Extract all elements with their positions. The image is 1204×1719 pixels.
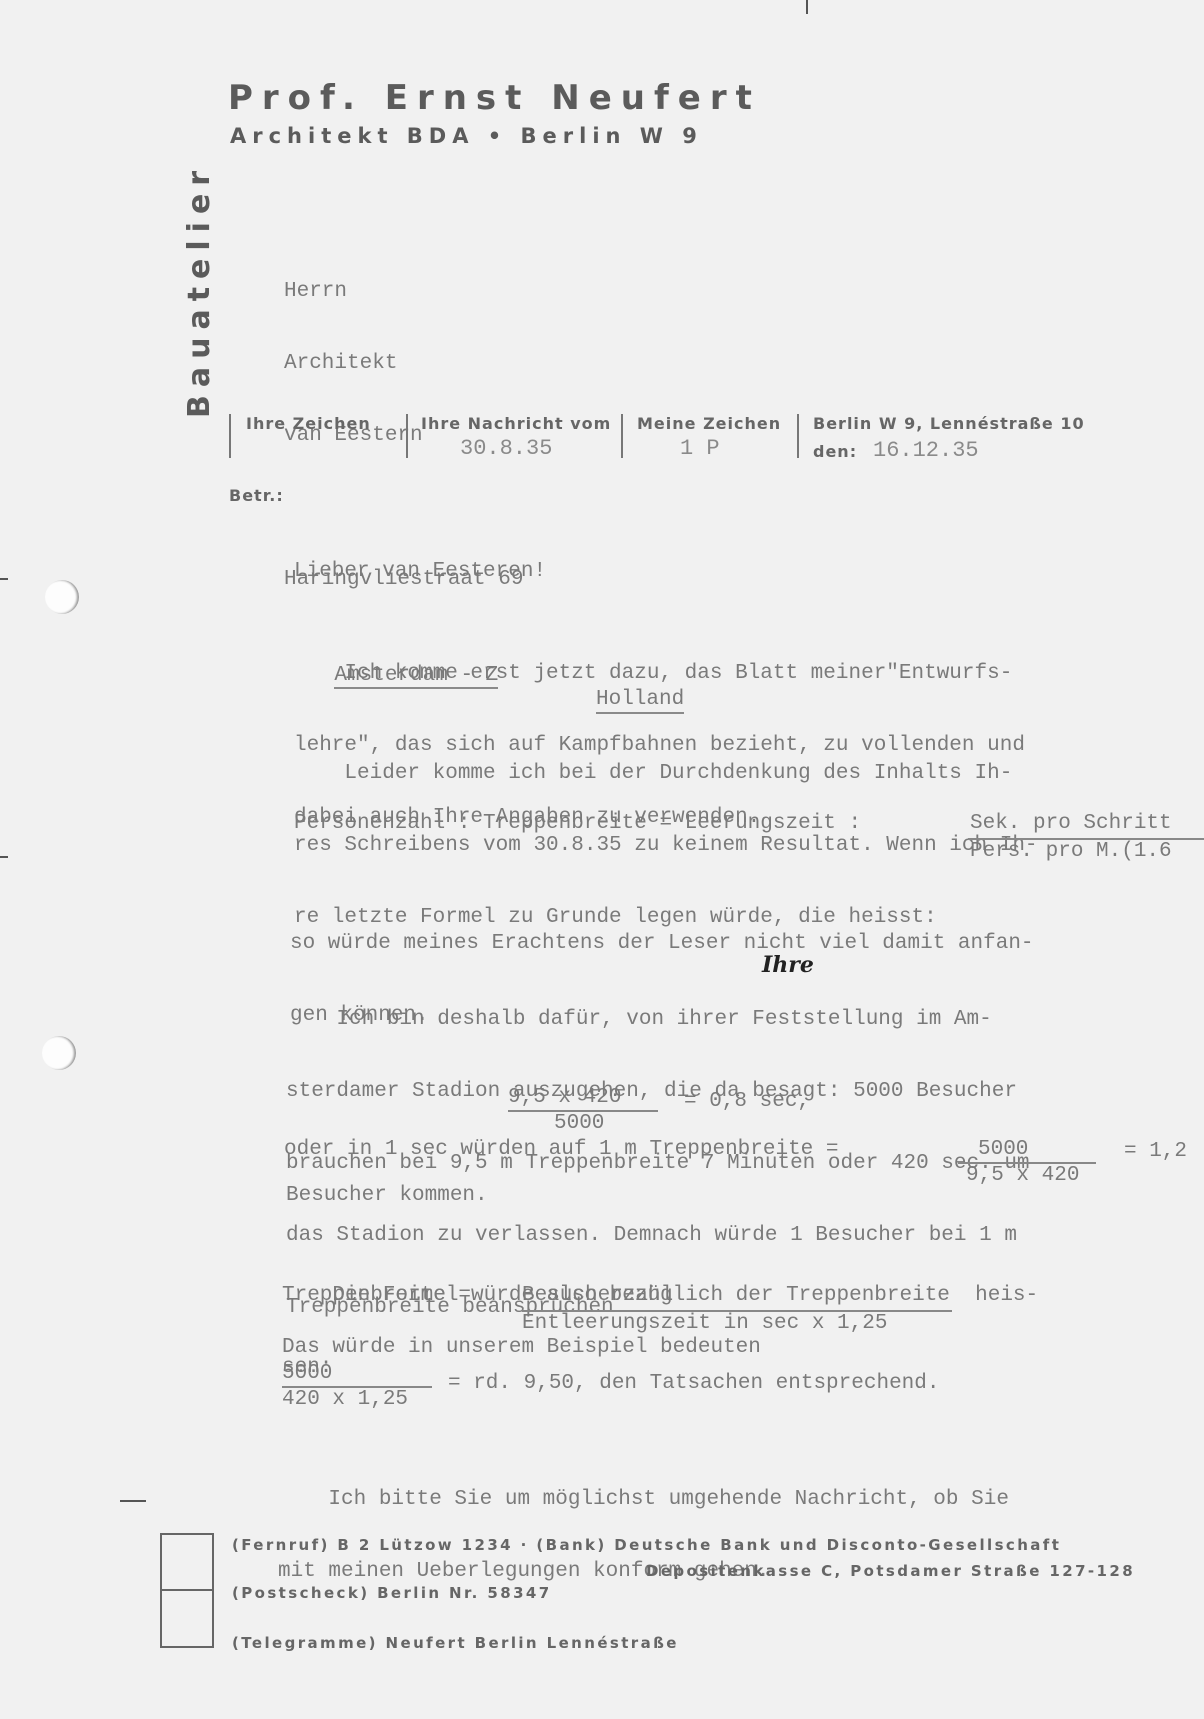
calc-2-text: oder in 1 sec würden auf 1 m Treppenbrei…	[284, 1138, 839, 1162]
handwritten-correction: Ihre	[762, 952, 814, 978]
place-address: Berlin W 9, Lennéstraße 10	[813, 414, 1085, 433]
text-line: so würde meines Erachtens der Leser nich…	[290, 932, 1034, 956]
example-line: Das würde in unserem Beispiel bedeuten	[282, 1336, 761, 1360]
letterhead-subtitle: Architekt BDA • Berlin W 9	[230, 124, 703, 148]
formula-2-numerator: Besucherzahl	[522, 1284, 673, 1308]
calc-2-result: = 1,2	[1124, 1140, 1187, 1164]
text-line: Leider komme ich bei der Durchdenkung de…	[294, 762, 1038, 786]
vertical-label-bauatelier: Bauatelier	[182, 163, 217, 418]
footer-postscheck: (Postscheck) Berlin Nr. 58347	[232, 1584, 552, 1602]
calc-3-denominator: 420 x 1,25	[282, 1388, 408, 1412]
text-line: Ich bitte Sie um möglichst umgehende Nac…	[278, 1488, 1009, 1512]
punch-hole	[45, 580, 79, 614]
footer-phone-bank: (Fernruf) B 2 Lützow 1234 · (Bank) Deuts…	[232, 1536, 1061, 1554]
calc-3-result: = rd. 9,50, den Tatsachen entsprechend.	[448, 1372, 939, 1396]
calc-2-denominator: 9,5 x 420	[966, 1164, 1079, 1188]
footer-telegramme: (Telegramme) Neufert Berlin Lennéstraße	[232, 1634, 679, 1652]
punch-hole	[42, 1036, 76, 1070]
meine-zeichen-value: 1 P	[680, 436, 720, 461]
text-line: res Schreibens vom 30.8.35 zu keinem Res…	[294, 834, 1038, 858]
calc-3-numerator: 5000	[282, 1362, 332, 1386]
salutation: Lieber van Eesteren!	[294, 560, 546, 584]
formula-1-denominator: Pers. pro M.(1.6	[970, 840, 1172, 864]
paragraph: Ich bitte Sie um möglichst umgehende Nac…	[278, 1440, 1009, 1608]
meine-zeichen-label: Meine Zeichen	[637, 414, 781, 433]
calc-1-denominator: 5000	[554, 1112, 604, 1136]
calc-2-numerator: 5000	[978, 1138, 1028, 1162]
text-line: Ich komme erst jetzt dazu, das Blatt mei…	[294, 662, 1025, 686]
calc-1-numerator: 9,5 x 420	[508, 1086, 621, 1110]
margin-mark	[0, 578, 8, 580]
calc-2-tail: Besucher kommen.	[286, 1184, 488, 1208]
subject-label: Betr.:	[229, 486, 284, 505]
top-edge-mark	[806, 0, 808, 14]
date-value: 16.12.35	[873, 438, 979, 463]
footer-box	[160, 1589, 214, 1648]
divider	[406, 414, 408, 458]
letterhead-name: Prof. Ernst Neufert	[228, 78, 761, 118]
divider	[229, 414, 231, 458]
footer-bank-address: Depositenkasse C, Potsdamer Straße 127-1…	[646, 1562, 1135, 1580]
ihre-nachricht-label: Ihre Nachricht vom	[421, 414, 611, 433]
fold-mark	[120, 1500, 146, 1502]
ihre-nachricht-value: 30.8.35	[460, 436, 552, 461]
formula-1-left: Personenzahl : Treppenbreite = Leerungsz…	[294, 812, 861, 836]
text-line: sterdamer Stadion auszugehen, die da bes…	[286, 1080, 1030, 1104]
formula-2-denominator: Entleerungszeit in sec x 1,25	[522, 1312, 887, 1336]
ihre-zeichen-label: Ihre Zeichen	[246, 414, 371, 433]
divider	[621, 414, 623, 458]
date-label: den:	[813, 442, 857, 461]
formula-1-numerator: Sek. pro Schritt	[970, 812, 1172, 836]
divider	[797, 414, 799, 458]
recipient-line: Architekt	[284, 352, 523, 376]
formula-2-left: Treppenbreite =	[282, 1284, 471, 1308]
recipient-line: Herrn	[284, 280, 523, 304]
footer-box	[160, 1533, 214, 1589]
text-line: Ich bin deshalb dafür, von ihrer Festste…	[286, 1008, 1030, 1032]
margin-mark	[0, 856, 8, 858]
calc-1-result: = 0,8 sec,	[684, 1090, 810, 1114]
